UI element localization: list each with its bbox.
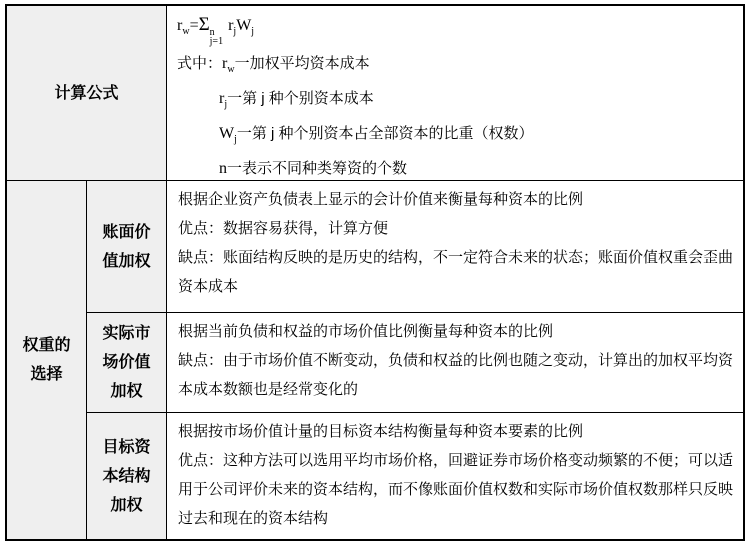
legend-rj-desc: 一第 j 种个别资本成本 (227, 90, 374, 107)
formula-lhs-subscript: w (182, 26, 189, 37)
book-value-weighting-content-cell: 根据企业资产负债表上显示的会计价值来衡量每种资本的比例 优点：数据容易获得，计算… (167, 181, 743, 313)
legend-n-base: n (219, 160, 227, 177)
formula-equals: = (190, 17, 199, 34)
sigma-lower-limit: j=1 (210, 37, 223, 46)
legend-rw-subscript: w (227, 64, 234, 75)
legend-prefix: 式中： (177, 55, 222, 72)
formula-term2: W (236, 17, 251, 34)
legend-wj-base: W (219, 125, 234, 142)
market-value-weighting-content-cell: 根据当前负债和权益的市场价值比例衡量每种资本的比例 缺点：由于市场价值不断变动，… (167, 313, 743, 413)
target-capital-structure-weighting-name-cell: 目标资 本结构 加权 (87, 413, 167, 539)
formula-content-cell: rw=Σnj=1rjWj 式中：rw一加权平均资本成本 rj一第 j 种个别资本… (167, 6, 743, 181)
page: 计算公式 rw=Σnj=1rjWj 式中：rw一加权平均资本成本 rj一第 j … (0, 0, 752, 544)
legend-line-rw: 式中：rw一加权平均资本成本 (177, 46, 731, 81)
formula-line: rw=Σnj=1rjWj (177, 7, 731, 46)
legend-line-rj: rj一第 j 种个别资本成本 (219, 81, 731, 116)
legend-rw-desc: 一加权平均资本成本 (235, 55, 370, 72)
wacc-table: 计算公式 rw=Σnj=1rjWj 式中：rw一加权平均资本成本 rj一第 j … (5, 4, 745, 541)
sigma-symbol: Σ (199, 14, 210, 35)
legend-wj-desc: 一第 j 种个别资本占全部资本的比重（权数） (237, 125, 534, 142)
weight-selection-header-cell: 权重的 选择 (7, 181, 87, 539)
calculation-formula-header-cell: 计算公式 (7, 6, 167, 181)
legend-n-desc: 一表示不同种类筹资的个数 (227, 160, 407, 177)
legend-line-wj: Wj一第 j 种个别资本占全部资本的比重（权数） (219, 116, 731, 151)
market-value-weighting-name-cell: 实际市 场价值 加权 (87, 313, 167, 413)
target-capital-structure-weighting-content-cell: 根据按市场价值计量的目标资本结构衡量每种资本要素的比例 优点：这种方法可以选用平… (167, 413, 743, 539)
book-value-weighting-name-cell: 账面价 值加权 (87, 181, 167, 313)
sigma-limits: nj=1 (210, 28, 223, 46)
formula-term2-subscript: j (251, 26, 254, 37)
legend-line-n: n一表示不同种类筹资的个数 (219, 151, 731, 181)
